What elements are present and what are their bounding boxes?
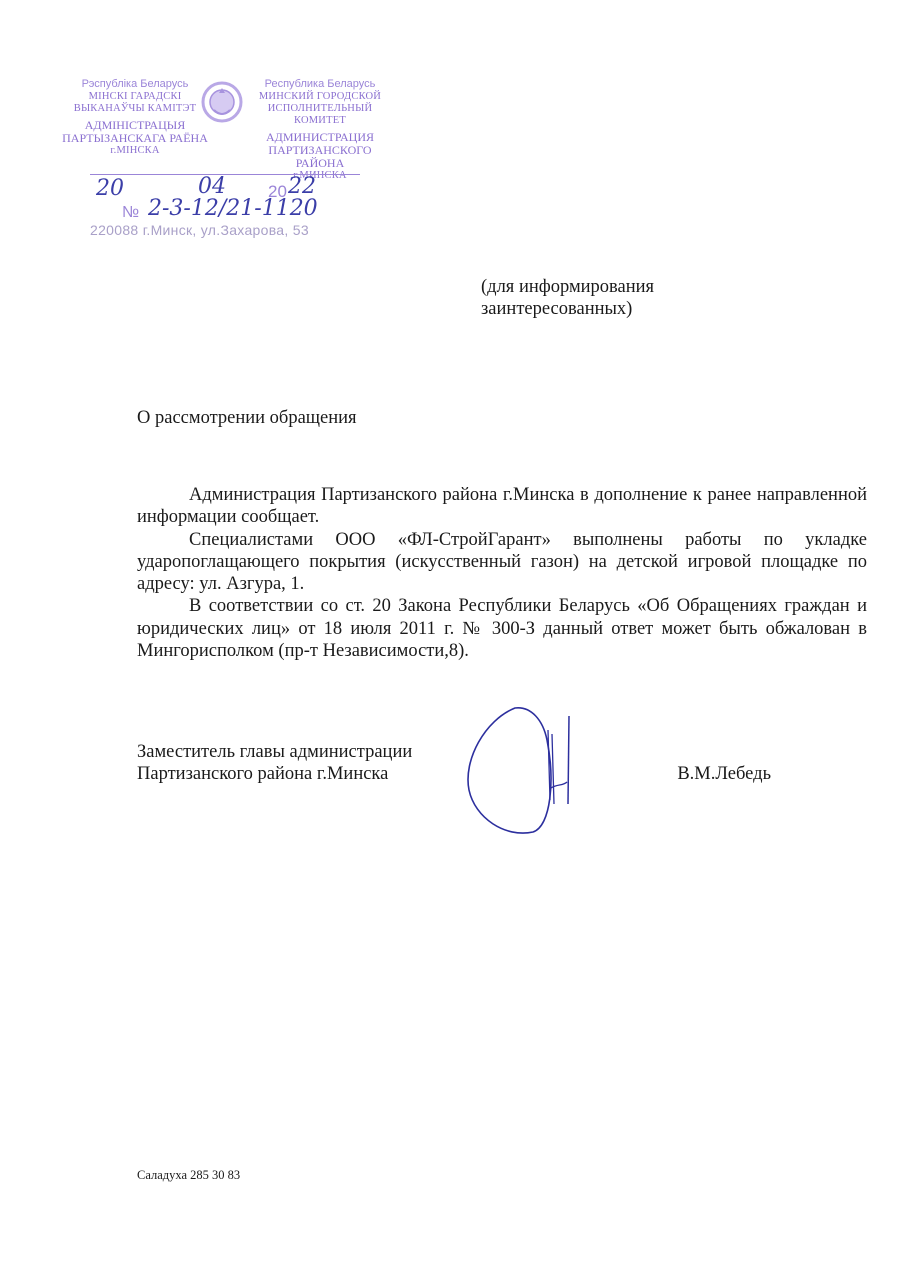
- signatory-name: В.М.Лебедь: [677, 763, 771, 785]
- state-emblem-icon: [200, 80, 244, 124]
- stamp-line: г.МІНСКА: [60, 145, 210, 157]
- body-paragraph: Специалистами ООО «ФЛ-СтройГарант» выпол…: [137, 529, 867, 596]
- signature-block: Заместитель главы администрации Партизан…: [137, 741, 777, 785]
- recipient-line: (для информирования: [481, 276, 654, 298]
- executor-note: Саладуха 285 30 83: [137, 1168, 240, 1183]
- stamp-country-ru: Республика Беларусь: [245, 78, 395, 91]
- stamp-number-label: №: [122, 204, 139, 222]
- stamp-line: г.МИНСКА: [245, 170, 395, 182]
- stamp-line: МІНСКІ ГАРАДСКІ: [60, 91, 210, 103]
- letter-body: Администрация Партизанского района г.Мин…: [137, 484, 867, 662]
- registration-stamp: Рэспубліка Беларусь МІНСКІ ГАРАДСКІ ВЫКА…: [60, 78, 400, 258]
- stamp-line: МИНСКИЙ ГОРОДСКОЙ: [245, 91, 395, 103]
- body-paragraph: В соответствии со ст. 20 Закона Республи…: [137, 595, 867, 662]
- stamp-line: ПАРТЫЗАНСКАГА РАЁНА: [60, 132, 210, 145]
- stamp-number-value: 2-3-12/21-1120: [148, 196, 318, 221]
- stamp-address: 220088 г.Минск, ул.Захарова, 53: [90, 222, 309, 238]
- signatory-title: Заместитель главы администрации: [137, 741, 777, 763]
- recipient-block: (для информирования заинтересованных): [481, 276, 654, 320]
- recipient-line: заинтересованных): [481, 298, 654, 320]
- letter-subject: О рассмотрении обращения: [137, 408, 357, 429]
- stamp-line: ВЫКАНАЎЧЫ КАМІТЭТ: [60, 103, 210, 115]
- stamp-line: ПАРТИЗАНСКОГО РАЙОНА: [245, 144, 395, 170]
- body-paragraph: Администрация Партизанского района г.Мин…: [137, 484, 867, 529]
- stamp-belarusian-block: Рэспубліка Беларусь МІНСКІ ГАРАДСКІ ВЫКА…: [60, 78, 210, 157]
- stamp-country-be: Рэспубліка Беларусь: [60, 78, 210, 91]
- stamp-russian-block: Республика Беларусь МИНСКИЙ ГОРОДСКОЙ ИС…: [245, 78, 395, 182]
- stamp-line: ИСПОЛНИТЕЛЬНЫЙ КОМИТЕТ: [245, 103, 395, 127]
- stamp-date-day: 20: [96, 176, 124, 201]
